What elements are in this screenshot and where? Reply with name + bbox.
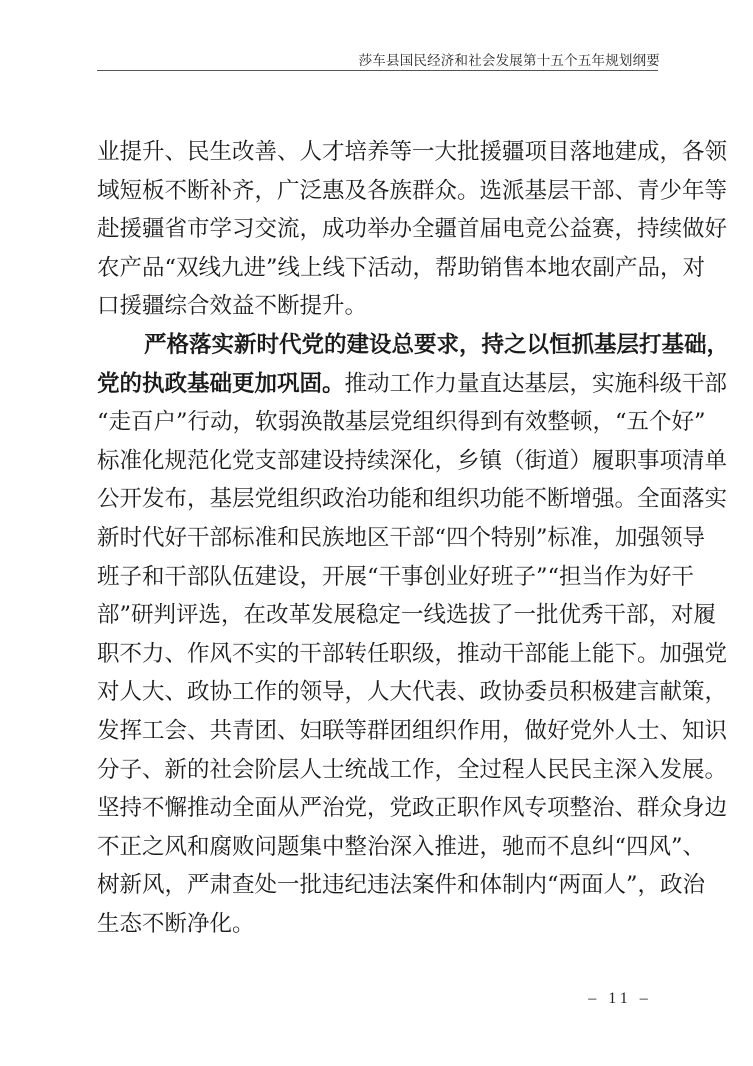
text-line: 树新风，严肃查处一批违纪违法案件和体制内“两面人”，政治	[97, 866, 663, 905]
text-line: 农产品“双线九进”线上线下活动，帮助销售本地农副产品，对	[97, 249, 663, 288]
text-line: 对人大、政协工作的领导，人大代表、政协委员积极建言献策，	[97, 673, 663, 712]
document-body: 业提升、民生改善、人才培养等一大批援疆项目落地建成，各领 域短板不断补齐，广泛惠…	[97, 133, 663, 943]
text-line: 标准化规范化党支部建设持续深化，乡镇（街道）履职事项清单	[97, 442, 663, 481]
page-number: – 11 –	[560, 990, 680, 1008]
bold-heading-line: 严格落实新时代党的建设总要求，持之以恒抓基层打基础，	[97, 326, 663, 365]
text-line: 坚持不懈推动全面从严治党，党政正职作风专项整治、群众身边	[97, 789, 663, 828]
header-divider	[97, 70, 658, 71]
document-title: 莎车县国民经济和社会发展第十五个五年规划纲要	[250, 49, 660, 69]
text-line: 业提升、民生改善、人才培养等一大批援疆项目落地建成，各领	[97, 133, 663, 172]
text-line: 新时代好干部标准和民族地区干部“四个特别”标准，加强领导	[97, 519, 663, 558]
text-line: 生态不断净化。	[97, 905, 663, 944]
text-line: 党的执政基础更加巩固。推动工作力量直达基层，实施科级干部	[97, 365, 663, 404]
bold-heading-continuation: 党的执政基础更加巩固。	[97, 371, 345, 397]
text-line: 不正之风和腐败问题集中整治深入推进，驰而不息纠“四风”、	[97, 828, 663, 867]
paragraph-aid-xinjiang: 业提升、民生改善、人才培养等一大批援疆项目落地建成，各领 域短板不断补齐，广泛惠…	[97, 133, 663, 326]
text-line: 部”研判评选，在改革发展稳定一线选拔了一批优秀干部，对履	[97, 596, 663, 635]
text-line: 域短板不断补齐，广泛惠及各族群众。选派基层干部、青少年等	[97, 172, 663, 211]
paragraph-party-building: 严格落实新时代党的建设总要求，持之以恒抓基层打基础， 党的执政基础更加巩固。推动…	[97, 326, 663, 944]
text-line: 口援疆综合效益不断提升。	[97, 287, 663, 326]
text-line: “走百户”行动，软弱涣散基层党组织得到有效整顿，“五个好”	[97, 403, 663, 442]
text-line: 发挥工会、共青团、妇联等群团组织作用，做好党外人士、知识	[97, 712, 663, 751]
text-line: 赴援疆省市学习交流，成功举办全疆首届电竞公益赛，持续做好	[97, 210, 663, 249]
text-run: 推动工作力量直达基层，实施科级干部	[345, 371, 728, 397]
text-line: 职不力、作风不实的干部转任职级，推动干部能上能下。加强党	[97, 635, 663, 674]
text-line: 班子和干部队伍建设，开展“干事创业好班子”“担当作为好干	[97, 558, 663, 597]
text-line: 公开发布，基层党组织政治功能和组织功能不断增强。全面落实	[97, 480, 663, 519]
text-line: 分子、新的社会阶层人士统战工作，全过程人民民主深入发展。	[97, 751, 663, 790]
